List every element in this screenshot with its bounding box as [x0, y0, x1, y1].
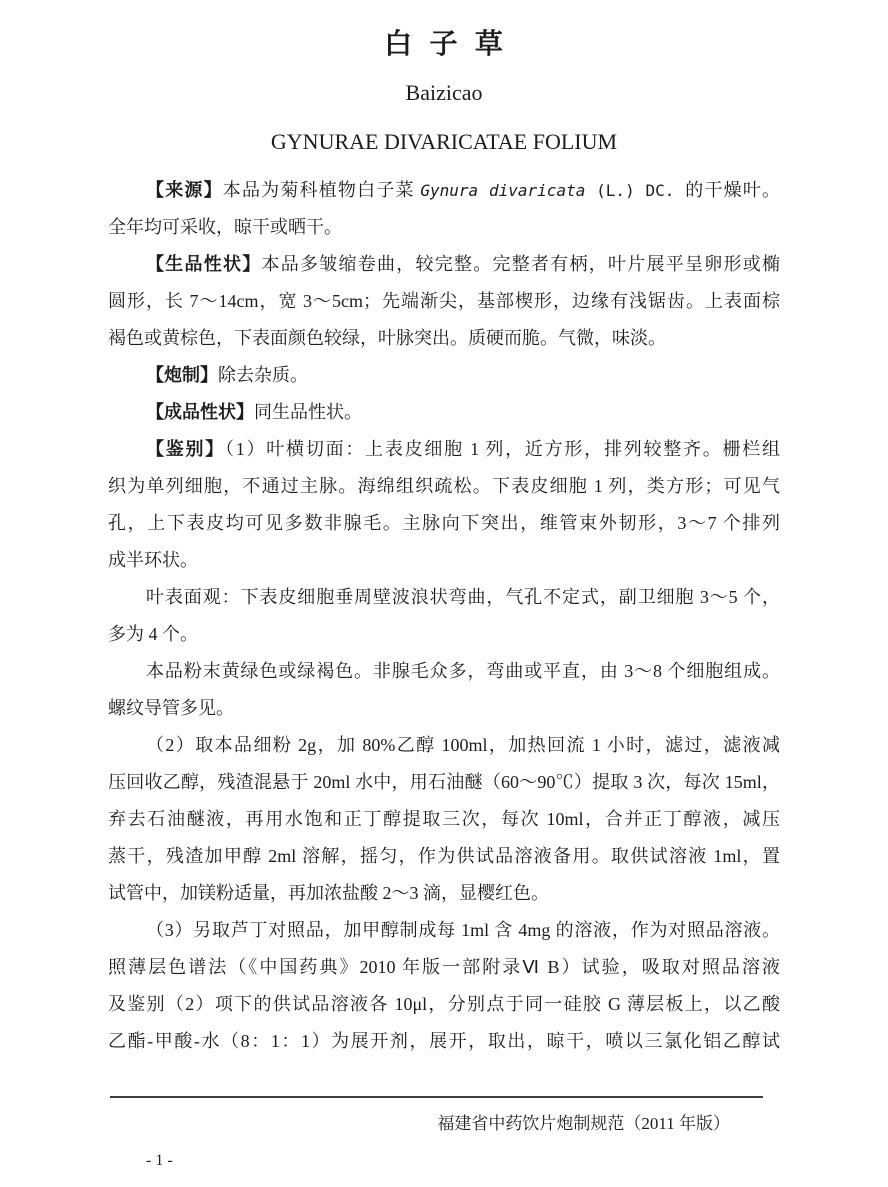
text-line: （3）另取芦丁对照品，加甲醇制成每 1ml 含 4mg 的溶液，作为对照品溶液。 [108, 912, 780, 949]
drug-title-chinese: 白 子 草 [0, 25, 888, 65]
text-line: 织为单列细胞，不通过主脉。海绵组织疏松。下表皮细胞 1 列，类方形；可见气 [108, 468, 780, 505]
footer-source: 福建省中药饮片炮制规范（2011 年版） [437, 1113, 730, 1135]
text-segment: 照薄层色谱法（《中国药典》2010 年版一部附录Ⅵ B）试验，吸取对照品溶液 [108, 957, 780, 977]
text-line: 【成品性状】同生品性状。 [108, 394, 780, 431]
text-line: 叶表面观：下表皮细胞垂周壁波浪状弯曲，气孔不定式，副卫细胞 3～5 个， [108, 579, 780, 616]
text-line: 及鉴别（2）项下的供试品溶液各 10μl，分别点于同一硅胶 G 薄层板上，以乙酸 [108, 986, 780, 1023]
text-line: 压回收乙醇，残渣混悬于 20ml 水中，用石油醚（60～90℃）提取 3 次，每… [108, 764, 780, 801]
text-segment: 本品粉末黄绿色或绿褐色。非腺毛众多，弯曲或平直，由 3～8 个细胞组成。 [146, 661, 780, 681]
text-segment: 同生品性状。 [254, 402, 362, 422]
text-line: 【鉴别】（1）叶横切面：上表皮细胞 1 列，近方形，排列较整齐。栅栏组 [108, 431, 780, 468]
botanical-name: Gynura divaricata [420, 181, 585, 200]
text-line: 多为 4 个。 [108, 616, 780, 653]
paragraph-identification-1: 【鉴别】（1）叶横切面：上表皮细胞 1 列，近方形，排列较整齐。栅栏组织为单列细… [108, 431, 780, 579]
text-line: 螺纹导管多见。 [108, 690, 780, 727]
text-segment: 圆形，长 7～14cm，宽 3～5cm；先端渐尖，基部楔形，边缘有浅锯齿。上表面… [108, 291, 780, 311]
paragraph-product-properties: 【成品性状】同生品性状。 [108, 394, 780, 431]
text-line: 褐色或黄棕色，下表面颜色较绿，叶脉突出。质硬而脆。气微，味淡。 [108, 320, 780, 357]
paragraph-identification-2: （2）取本品细粉 2g，加 80%乙醇 100ml，加热回流 1 小时，滤过，滤… [108, 727, 780, 912]
text-segment: 除去杂质。 [218, 365, 308, 385]
text-segment: 多为 4 个。 [108, 624, 198, 644]
text-line: （2）取本品细粉 2g，加 80%乙醇 100ml，加热回流 1 小时，滤过，滤… [108, 727, 780, 764]
paragraph-identification-leaf-surface: 叶表面观：下表皮细胞垂周壁波浪状弯曲，气孔不定式，副卫细胞 3～5 个，多为 4… [108, 579, 780, 653]
text-line: 试管中，加镁粉适量，再加浓盐酸 2～3 滴，显樱红色。 [108, 875, 780, 912]
text-segment: (L.) DC. [585, 181, 685, 200]
section-label: 【来源】 [146, 180, 223, 200]
section-label: 【生品性状】 [146, 254, 262, 274]
text-segment: 螺纹导管多见。 [108, 698, 234, 718]
text-line: 蒸干，残渣加甲醇 2ml 溶解，摇匀，作为供试品溶液备用。取供试溶液 1ml，置 [108, 838, 780, 875]
paragraph-identification-3: （3）另取芦丁对照品，加甲醇制成每 1ml 含 4mg 的溶液，作为对照品溶液。… [108, 912, 780, 1060]
text-line: 乙酯-甲酸-水（8：1：1）为展开剂，展开，取出，晾干，喷以三氯化铝乙醇试 [108, 1023, 780, 1060]
text-segment: 试管中，加镁粉适量，再加浓盐酸 2～3 滴，显樱红色。 [108, 883, 549, 903]
text-line: 【来源】本品为菊科植物白子菜 Gynura divaricata (L.) DC… [108, 172, 780, 209]
text-segment: 褐色或黄棕色，下表面颜色较绿，叶脉突出。质硬而脆。气微，味淡。 [108, 328, 666, 348]
footer-divider [110, 1096, 763, 1098]
text-segment: （2）取本品细粉 2g，加 80%乙醇 100ml，加热回流 1 小时，滤过，滤… [146, 735, 780, 755]
page-number: - 1 - [146, 1150, 173, 1172]
text-segment: 全年均可采收，晾干或晒干。 [108, 217, 342, 237]
text-segment: 及鉴别（2）项下的供试品溶液各 10μl，分别点于同一硅胶 G 薄层板上，以乙酸 [108, 994, 780, 1014]
section-label: 【成品性状】 [146, 402, 254, 422]
section-label: 【炮制】 [146, 365, 218, 385]
text-line: 圆形，长 7～14cm，宽 3～5cm；先端渐尖，基部楔形，边缘有浅锯齿。上表面… [108, 283, 780, 320]
text-segment: 弃去石油醚液，再用水饱和正丁醇提取三次，每次 10ml，合并正丁醇液，减压 [108, 809, 780, 829]
text-line: 孔，上下表皮均可见多数非腺毛。主脉向下突出，维管束外韧形，3～7 个排列 [108, 505, 780, 542]
drug-title-pinyin: Baizicao [0, 75, 888, 111]
drug-title-latin: GYNURAE DIVARICATAE FOLIUM [0, 124, 888, 160]
text-line: 本品粉末黄绿色或绿褐色。非腺毛众多，弯曲或平直，由 3～8 个细胞组成。 [108, 653, 780, 690]
paragraph-processing: 【炮制】除去杂质。 [108, 357, 780, 394]
text-segment: 蒸干，残渣加甲醇 2ml 溶解，摇匀，作为供试品溶液备用。取供试溶液 1ml，置 [108, 846, 780, 866]
text-line: 【炮制】除去杂质。 [108, 357, 780, 394]
text-segment: （1）叶横切面：上表皮细胞 1 列，近方形，排列较整齐。栅栏组 [225, 439, 780, 459]
text-line: 弃去石油醚液，再用水饱和正丁醇提取三次，每次 10ml，合并正丁醇液，减压 [108, 801, 780, 838]
section-label: 【鉴别】 [146, 439, 225, 459]
text-line: 照薄层色谱法（《中国药典》2010 年版一部附录Ⅵ B）试验，吸取对照品溶液 [108, 949, 780, 986]
text-segment: （3）另取芦丁对照品，加甲醇制成每 1ml 含 4mg 的溶液，作为对照品溶液。 [146, 920, 780, 940]
text-segment: 的干燥叶。 [685, 180, 780, 200]
text-segment: 织为单列细胞，不通过主脉。海绵组织疏松。下表皮细胞 1 列，类方形；可见气 [108, 476, 780, 496]
text-line: 全年均可采收，晾干或晒干。 [108, 209, 780, 246]
text-segment: 乙酯-甲酸-水（8：1：1）为展开剂，展开，取出，晾干，喷以三氯化铝乙醇试 [108, 1031, 780, 1051]
text-segment: 本品多皱缩卷曲，较完整。完整者有柄，叶片展平呈卵形或椭 [262, 254, 781, 274]
text-segment: 压回收乙醇，残渣混悬于 20ml 水中，用石油醚（60～90℃）提取 3 次，每… [108, 772, 780, 792]
text-segment: 成半环状。 [108, 550, 198, 570]
text-segment: 孔，上下表皮均可见多数非腺毛。主脉向下突出，维管束外韧形，3～7 个排列 [108, 513, 780, 533]
paragraph-source: 【来源】本品为菊科植物白子菜 Gynura divaricata (L.) DC… [108, 172, 780, 246]
document-body: 【来源】本品为菊科植物白子菜 Gynura divaricata (L.) DC… [108, 172, 780, 1060]
text-segment: 本品为菊科植物白子菜 [223, 180, 421, 200]
text-segment: 叶表面观：下表皮细胞垂周壁波浪状弯曲，气孔不定式，副卫细胞 3～5 个， [146, 587, 780, 607]
paragraph-raw-properties: 【生品性状】本品多皱缩卷曲，较完整。完整者有柄，叶片展平呈卵形或椭圆形，长 7～… [108, 246, 780, 357]
paragraph-identification-powder: 本品粉末黄绿色或绿褐色。非腺毛众多，弯曲或平直，由 3～8 个细胞组成。螺纹导管… [108, 653, 780, 727]
text-line: 【生品性状】本品多皱缩卷曲，较完整。完整者有柄，叶片展平呈卵形或椭 [108, 246, 780, 283]
document-page: 白 子 草 Baizicao GYNURAE DIVARICATAE FOLIU… [0, 0, 888, 1187]
text-line: 成半环状。 [108, 542, 780, 579]
